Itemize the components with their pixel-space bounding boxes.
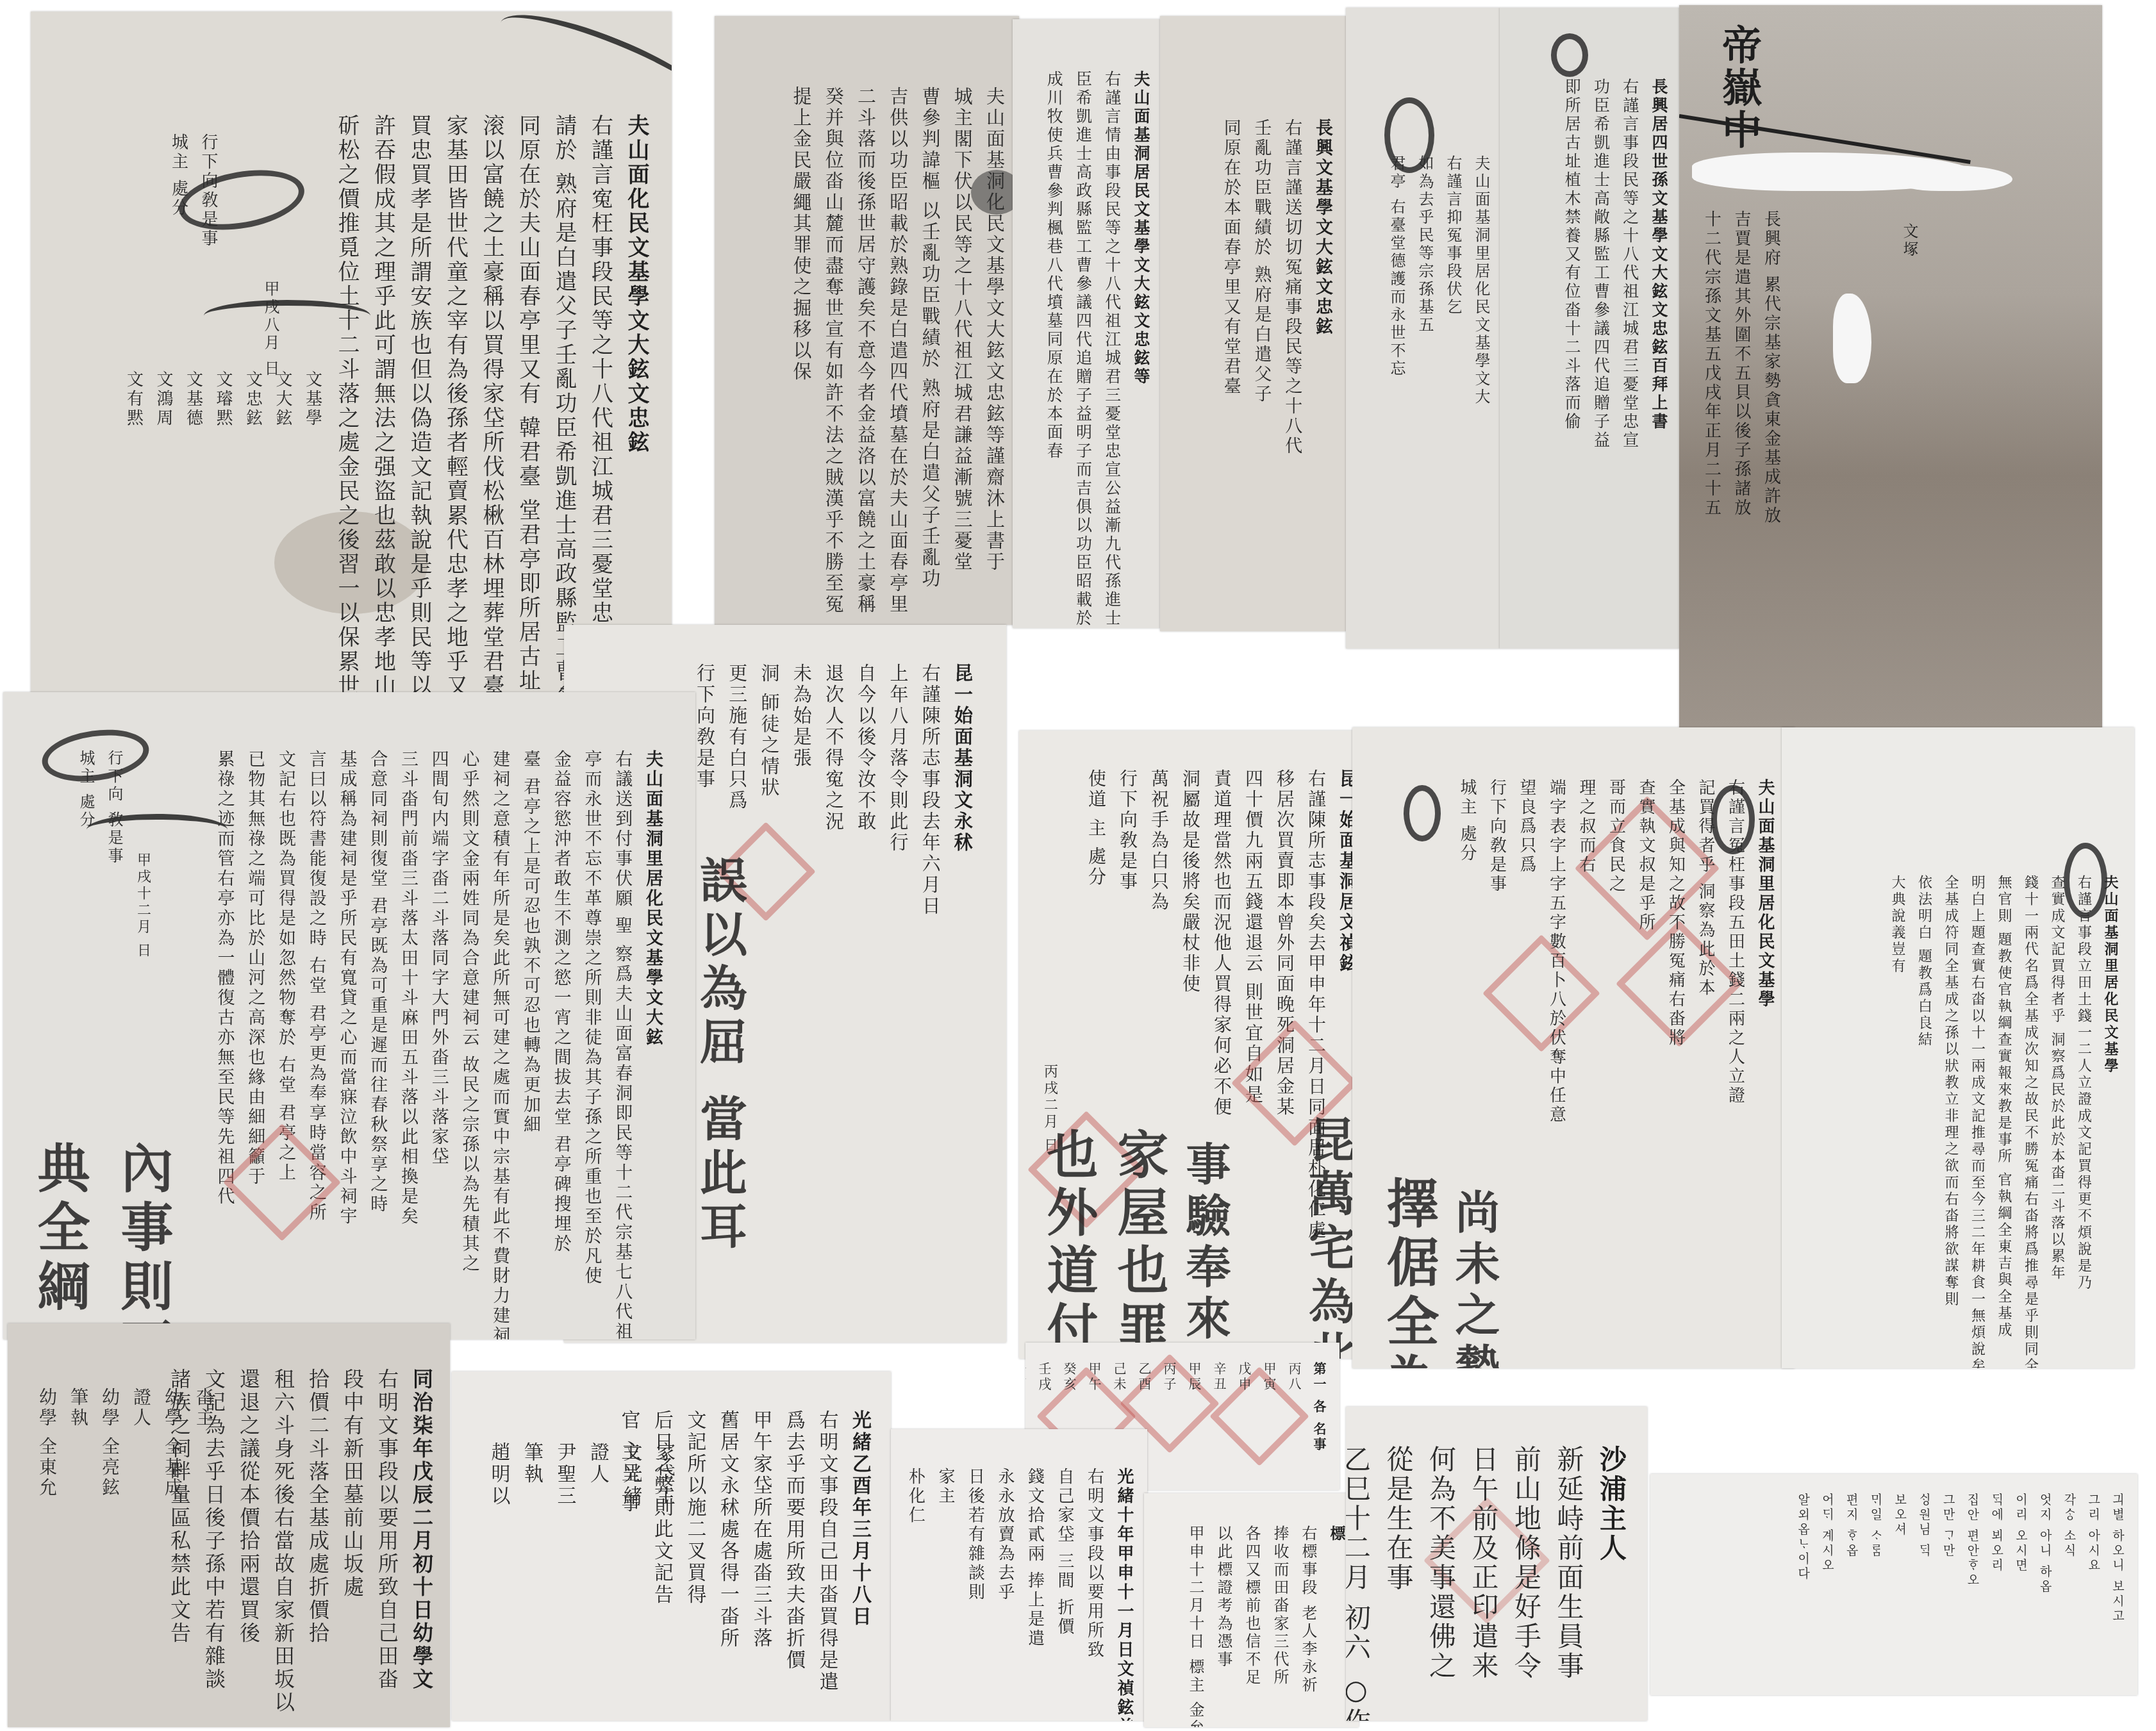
signatory-list: 文基學 文大鉉 文忠鉉 文璿黙 文基德 文鴻周 文有黙 — [114, 370, 323, 537]
receipt-date: 甲申十二月十日 標主 金允乘 — [1186, 1525, 1205, 1711]
petition-line: 右謹陳所志事段去年六月日 — [919, 663, 942, 1112]
petition-line: 錢十一兩代名爲全基成次知之故民不勝冤痛右畓將爲推尋是乎則同全基成 — [2021, 875, 2039, 1336]
petition-line: 右謹言事段民等之十八代祖江城君三憂堂忠宣 — [1620, 78, 1640, 629]
petition-line: 心乎然則文金兩姓同為合意建祠云 故民之宗孫以為先積其之 — [458, 750, 480, 1275]
deed-line: 右明文事段以要用所致自己田畓 — [374, 1368, 400, 1714]
map-label: 十二代宗孫文基五戊戌年正月二十五 — [1701, 210, 1722, 646]
signatory-list: 家垈主 文光緒 證人 尹聖三 筆執 趙明以 — [477, 1442, 676, 1647]
document-petition-4: 長興文基學文大鉉文忠鉉 右謹言謹送切切冤痛事段民等之十八代 壬亂功臣戰績於 熟府… — [1160, 16, 1346, 631]
receipt-line: 各四又標前也信不足 — [1242, 1525, 1261, 1711]
deed-heading: 同治柒年戊辰二月初十日幼學文 — [409, 1368, 435, 1714]
letter-line: ᄉᆡᆼ원님 ᄃᆡᆨ — [1916, 1493, 1931, 1685]
official-ruling-brush: 擇倨全為 — [1372, 1176, 1447, 1368]
petition-line: 右謹言事段立田土錢一二人立證成文記買得更不煩說是乃 — [2075, 875, 2093, 1336]
letter-line: 그만 ᄀᆞ만 — [1940, 1493, 1955, 1685]
petition-heading: 夫山面基洞居民文基學文大鉉文忠鉉等 — [1131, 70, 1151, 609]
receipt-heading: 標 — [1327, 1525, 1346, 1711]
petition-line: 建祠之意積有年所是矣此所無可建之處而實中宗基有此不費財力建祠之道 — [489, 750, 511, 1275]
receipt-body: 標 右標事段 老人李永祈 捧收而田畓家三代所 各四又標前也信不足 以此標證考為憑… — [1177, 1525, 1346, 1711]
petition-line: 金益容慾沖者敢生不測之慾一宵之間拔去堂 君亭碑搜埋於 — [550, 750, 572, 1275]
disposition-block: 行下向敎是事 城主 處分 — [159, 133, 219, 300]
document-petition-3: 夫山面基洞居民文基學文大鉉文忠鉉等 右謹言情由事段民等之十八代祖江城君三憂堂忠宣… — [1013, 19, 1160, 628]
petition-line: 如為去乎民等宗孫基五 — [1415, 155, 1434, 629]
petition-line: 大典說義豈有 — [1889, 875, 1907, 1336]
petition-line: 右議送到付事伏願 聖 察爲夫山面富春洞即民等十二代宗基七八代祖 — [611, 750, 633, 1275]
map-label: 長興府 累代宗基家勢貪東金基成許放 — [1761, 210, 1782, 646]
petition-line: 滚以富饒之土豪稱以買得家垈所伐松楸百林埋葬堂君臺碑碣而任意偷 — [478, 114, 506, 691]
petition-line: 右謹言寃枉事段民等之十八代祖江城君三憂堂忠宣公 — [586, 114, 614, 691]
receipt-line: 捧收而田畓家三代所 — [1270, 1525, 1289, 1711]
petition-line: 夫山面基洞化民文基學文大鉉文忠鉉等謹齋沐上書于 — [983, 87, 1006, 599]
petition-line: 買忠買孝是所謂安族也但以偽造文記執說是乎則民等以當時賣買私家 — [406, 114, 433, 691]
deed-line: 爲去乎而要用所致夫畓折價 — [782, 1410, 806, 1705]
petition-heading: 昆一始面基洞文永秫 — [951, 663, 974, 1112]
petition-line: 查實執文叔是乎所 — [1636, 779, 1657, 1266]
petition-line: 同原在於夫山面春亭里又有 韓君臺 堂君亭即所居古址植木禁養 — [514, 114, 542, 691]
letter-line: 어ᄃᆡ 계시오 — [1819, 1493, 1834, 1685]
petition-heading: 夫山面化民文基學文大鉉文忠鉉 — [623, 114, 651, 691]
deed-line: 拾價二斗落全基成處折價拾 — [305, 1368, 331, 1714]
office-text: 城主 處分 — [168, 133, 189, 300]
signatory-name: 趙明以 — [486, 1442, 511, 1647]
petition-line: 記買得者乎 洞察為此於本 — [1695, 779, 1716, 1266]
disposition-block: 行下向 敎是事 城主 處分 — [67, 750, 124, 878]
letter-line: ᄆᆡ일 ᄉᆞᄅᆞᆷ — [1868, 1493, 1883, 1685]
petition-line: 哥而立食民之 — [1605, 779, 1627, 1266]
ledger-heading: 第一 各 名事 — [1311, 1362, 1327, 1484]
petition-line: 明白上題查實右畓以十一兩成文記推尋而至今三二年耕食一無煩說矣 — [1968, 875, 1986, 1336]
document-petition-5: 夫山面基洞里居化民文基學文大 右謹言抑冤事段伏乞 如為去乎民等宗孫基五 君亭 右… — [1346, 8, 1500, 649]
deed-heading: 光緒十年甲申十一月日文禎鉉前明文 — [1114, 1468, 1135, 1711]
signatory-name: 幼學 全亮鉉 — [99, 1387, 121, 1605]
ledger-entry: 丙八 — [1286, 1362, 1302, 1484]
letter-heading: 沙浦主人 — [1595, 1445, 1629, 1708]
letter-line: 각ᄉᆞᆼ 소식 — [2061, 1493, 2077, 1685]
signatory: 文大鉉 — [272, 370, 294, 537]
deed-heading: 光緒乙酉年三月十八日 — [848, 1410, 872, 1705]
letter-line: 편지 ᄒᆞ옵 — [1843, 1493, 1859, 1685]
petition-line: 理之叔而右 — [1576, 779, 1597, 1266]
document-petition-8: 夫山面基洞里居化民文基學文大鉉 右議送到付事伏願 聖 察爲夫山面富春洞即民等十二… — [3, 692, 695, 1339]
letter-line: 何為不美事還佛之 — [1424, 1445, 1458, 1708]
paper-damage — [1897, 165, 2012, 191]
signatory-role: 畓主 — [193, 1387, 215, 1605]
petition-line: 基成稱為建祠是乎所民有寬貸之心而當寐泣飲中斗祠宇 — [336, 750, 358, 1275]
document-petition-11: 夫山面基洞里居化民文基學 右謹言冤枉事段五田土錢二兩之人立證 記買得者乎 洞察為… — [1352, 727, 1795, 1368]
document-petition-1: 夫山面化民文基學文大鉉文忠鉉 右謹言寃枉事段民等之十八代祖江城君三憂堂忠宣公 請… — [31, 12, 672, 716]
date-text: 甲戌十二月 日 — [125, 852, 152, 959]
petition-line: 查實成文記買得者乎 洞察爲民於此於本畓二斗落以累年 — [2048, 875, 2066, 1336]
document-receipt-17: 標 右標事段 老人李永祈 捧收而田畓家三代所 各四又標前也信不足 以此標證考為憑… — [1144, 1493, 1359, 1727]
document-petition-2: 夫山面基洞化民文基學文大鉉文忠鉉等謹齋沐上書于 城主閣下伏以民等之十八代祖江城君… — [715, 16, 1019, 625]
petition-line: 壬亂功臣戰績於 熟府是白遣父子 — [1250, 119, 1272, 606]
petition-line: 癸并與位畓山麓而盡奪世宣有如許不法之賊漢乎不勝至冤 — [822, 87, 845, 599]
petition-line: 成川牧使兵曹參判楓巷八代墳墓同原在於本面春 — [1044, 70, 1064, 609]
deed-line: 永永放賣為去乎 — [995, 1468, 1016, 1711]
official-ruling-brush: 事驗奉來 — [1173, 1141, 1238, 1346]
deed-line: 甲午家垈所在處畓三斗落 — [749, 1410, 773, 1705]
signatory: 文忠鉉 — [242, 370, 263, 537]
petition-line: 上年八月落令則此行 — [886, 663, 909, 1112]
deed-line: 租六斗身死後右當故自家新田坂以 — [270, 1368, 296, 1714]
document-petition-10: 昆一始面基洞居文禎鉉 右謹陳所志事段矣去甲申年十二月日同面居朴化仁處 移居次買賣… — [1019, 731, 1378, 1359]
deed-line: 段中有新田墓前山坂處 — [340, 1368, 365, 1714]
petition-body: 夫山面基洞化民文基學文大鉉文忠鉉等謹齋沐上書于 城主閣下伏以民等之十八代祖江城君… — [781, 87, 1006, 599]
map-title: 帝嶽中 — [1705, 24, 1764, 151]
petition-body: 夫山面基洞居民文基學文大鉉文忠鉉等 右謹言情由事段民等之十八代祖江城君三憂堂忠宣… — [1035, 70, 1151, 609]
deed-line: 右明文事段以要用所致 — [1084, 1468, 1105, 1711]
petition-line: 三斗畓門前畓三斗落太田十斗麻田五斗落以此相換是矣 — [397, 750, 419, 1275]
petition-body: 夫山面基洞里居化民文基學 右謹言事段立田土錢一二人立證成文記買得更不煩說是乃 查… — [1880, 875, 2119, 1336]
letter-line: 보오셔 — [1892, 1493, 1907, 1685]
deed-line: 日後若有雜談則 — [965, 1468, 986, 1711]
ledger-entry: 丙子 — [1161, 1362, 1177, 1484]
petition-heading: 夫山面基洞里居化民文基學文大 — [1472, 155, 1491, 629]
letter-line: 이리 오시면 — [2012, 1493, 2028, 1685]
petition-line: 請於 熟府是白遣父子壬亂功臣希凱進士高政縣監工曹參議 — [551, 114, 578, 691]
petition-line: 斫松之價推覓位土十二斗落之處金民之後習一以保累世忠孝之地千萬祝手望良爲 — [333, 114, 361, 691]
map-labels: 長興府 累代宗基家勢貪東金基成許放 吉賈是遣其外圍不五貝以後子孫諸放 十二代宗孫… — [1692, 210, 1782, 646]
official-ruling-brush: 尚未之勢 — [1442, 1189, 1507, 1368]
document-letter-18: 沙浦主人 新延峙前面生員事 前山地條是好手令 日午前及正印遣来 何為不美事還佛之… — [1346, 1407, 1647, 1721]
petition-line: 無官則 題教使官執綱查實報來教是事所 官執綱全東吉與全基成 — [1995, 875, 2013, 1336]
signatory: 文基學 — [302, 370, 323, 537]
petition-body: 夫山面基洞里居化民文基學文大 右謹言抑冤事段伏乞 如為去乎民等宗孫基五 君亭 右… — [1378, 155, 1491, 629]
petition-line: 四間旬内端字畓二斗落同字大門外畓三斗落家垈 — [427, 750, 449, 1275]
ledger-entry: 甲辰 — [1186, 1362, 1202, 1484]
signatory: 文基德 — [183, 370, 204, 537]
petition-line: 即所居古址植木禁養又有位畓十二斗落而偷 — [1562, 78, 1582, 629]
signatory: 文有黙 — [123, 370, 144, 537]
document-mountain-map: 帝嶽中 長興府 累代宗基家勢貪東金基成許放 吉賈是遣其外圍不五貝以後子孫諸放 十… — [1679, 5, 2102, 729]
petition-line: 臺 君亭之上是可忍也孰不可忍也轉為更加細 — [519, 750, 541, 1275]
signatory-role: 證人 — [586, 1442, 610, 1647]
petition-line: 退次人不得寃之況 — [822, 663, 845, 1112]
signatory-name: 幼學 全基成 — [162, 1387, 184, 1605]
deed-body: 光緒十年甲申十一月日文禎鉉前明文 右明文事段以要用所致 自己家垈 三間 折價 錢… — [896, 1468, 1134, 1711]
ledger-entry: 辛丑 — [1211, 1362, 1227, 1484]
letter-line: 그리 아시요 — [2086, 1493, 2101, 1685]
ledger-entry: 戊申 — [1236, 1362, 1252, 1484]
signatory-role: 家主 — [935, 1468, 956, 1711]
petition-heading: 長興居四世孫文基學文大鉉文忠鉉百拜上書 — [1649, 78, 1669, 629]
petition-line: 依法明白 題教爲白良結 — [1915, 875, 1933, 1336]
letter-line: 집안 편안ᄒᆞ오 — [1964, 1493, 1980, 1685]
petition-line: 君亭 右臺堂德護而永世不忘 — [1387, 155, 1406, 629]
petition-line: 全基成與知之故不勝冤痛右畓將 — [1665, 779, 1686, 1266]
letter-line: 엇지 아니 하옵 — [2037, 1493, 2052, 1685]
paper-damage — [1833, 294, 1871, 383]
official-ruling-brush: 家屋也罪 — [1102, 1128, 1176, 1359]
hwaap-signature-icon — [1404, 785, 1441, 841]
signatory-role: 筆執 — [520, 1442, 544, 1647]
petition-line: 亭而永世不忘不革尊崇之所則非徒為其子孫之所重也至於凡使 — [581, 750, 602, 1275]
petition-line: 右謹言謹送切切冤痛事段民等之十八代 — [1281, 119, 1303, 606]
document-deed-15: 光緒十年甲申十一月日文禎鉉前明文 右明文事段以要用所致 自己家垈 三間 折價 錢… — [891, 1429, 1147, 1721]
petition-line: 同原在於本面春亭里又有堂君臺 — [1220, 119, 1241, 606]
letter-date: 乙巳十二月 初六 ○作 — [1346, 1445, 1372, 1708]
official-ruling-brush: 也外道付價 — [1032, 1128, 1106, 1359]
petition-line: 右謹言抑冤事段伏乞 — [1443, 155, 1463, 629]
document-petition-6: 長興居四世孫文基學文大鉉文忠鉉百拜上書 右謹言事段民等之十八代祖江城君三憂堂忠宣… — [1500, 8, 1679, 649]
official-ruling-brush: 典全綱 — [22, 1141, 97, 1318]
tomb-label: 文塚 — [1891, 223, 1919, 259]
signatory-name: 文光緒 — [618, 1442, 643, 1647]
deed-line: 文記所以施二叉買得 — [683, 1410, 707, 1705]
petition-line: 家基田皆世代童之宰有為後孫者輕賣累代忠孝之地乎又豈有以他人之孫 — [442, 114, 469, 691]
deed-line: 還退之議從本價拾兩還買後 — [236, 1368, 261, 1714]
petition-line: 提上金民嚴繩其罪使之掘移以保 — [790, 87, 813, 599]
petition-line: 自今以後令汝不敢 — [854, 663, 877, 1112]
receipt-line: 以此標證考為憑事 — [1214, 1525, 1233, 1711]
letter-line: 알외옵ᄂᆞ이다 — [1795, 1493, 1811, 1685]
letter-line: 긔별 하오니 보시고 — [2109, 1493, 2125, 1685]
signatory-name: 幼學 全東允 — [36, 1387, 58, 1605]
disposition-text: 行下向敎是事 — [198, 133, 219, 300]
petition-heading: 夫山面基洞里居化民文基學文大鉉 — [642, 750, 663, 1275]
letter-line: 日午前及正印遣来 — [1466, 1445, 1500, 1708]
petition-line: 望良爲只爲 — [1516, 779, 1538, 1266]
letter-body: 沙浦主人 新延峙前面生員事 前山地條是好手令 日午前及正印遣来 何為不美事還佛之… — [1346, 1445, 1628, 1708]
petition-body: 夫山面化民文基學文大鉉文忠鉉 右謹言寃枉事段民等之十八代祖江城君三憂堂忠宣公 請… — [324, 114, 651, 691]
petition-line: 全基成符同全基成之孫以狀教立非理之欲而右畓將欲謀奪則 — [1942, 875, 1960, 1336]
petition-line: 端字表字上字五字數百卜八於伏奪中任意 — [1546, 779, 1567, 1266]
signatory-name: 尹聖三 — [552, 1442, 577, 1647]
ledger-entry: 甲寅 — [1261, 1362, 1277, 1484]
hwaap-signature-icon — [1551, 33, 1588, 77]
letter-line: 前山地條是好手令 — [1509, 1445, 1543, 1708]
receipt-line: 右標事段 老人李永祈 — [1298, 1525, 1318, 1711]
deed-line: 右明文事段自己田畓買得是遣 — [815, 1410, 839, 1705]
petition-line: 四十價九兩五錢還退云 則世宜自如是 — [1242, 769, 1265, 1243]
petition-body: 長興文基學文大鉉文忠鉉 右謹言謹送切切冤痛事段民等之十八代 壬亂功臣戰績於 熟府… — [1211, 119, 1333, 606]
signatory-role: 證人 — [130, 1387, 153, 1605]
petition-body: 長興居四世孫文基學文大鉉文忠鉉百拜上書 右謹言事段民等之十八代祖江城君三憂堂忠宣… — [1553, 78, 1669, 629]
official-ruling-brush: 誤以為屈 當此耳 — [686, 856, 754, 1255]
petition-line: 功臣希凱進士高敞縣監工曹參議四代追贈子益 — [1591, 78, 1611, 629]
document-hangul-letter-19: 긔별 하오니 보시고 그리 아시요 각ᄉᆞᆼ 소식 엇지 아니 하옵 이리 오시… — [1650, 1474, 2137, 1695]
petition-heading: 長興文基學文大鉉文忠鉉 — [1311, 119, 1333, 606]
petition-line: 移居次買賣即本曾外同面晚死洞居金某 — [1273, 769, 1296, 1243]
petition-heading: 夫山面基洞里居化民文基學 — [1755, 779, 1776, 1266]
signatory-list: 畓主 幼學 全基成 證人 幼學 全亮鉉 筆執 幼學 全東允 — [27, 1387, 215, 1605]
petition-line: 吉供以功臣昭載於熟錄是白遣四代墳墓在於夫山面春亭里 — [886, 87, 909, 599]
deed-line: 自己家垈 三間 折價 — [1054, 1468, 1075, 1711]
petition-line: 臣希凱進士高政縣監工曹參議四代追贈子益明子而吉俱以功臣昭載於熟錄是乎 — [1073, 70, 1093, 609]
petition-line: 曹參判諱樞 以壬亂功臣戰績於 熟府是白遣父子壬亂功 — [918, 87, 941, 599]
map-label: 吉賈是遣其外圍不五貝以後子孫諸放 — [1731, 210, 1752, 646]
petition-line: 城主閣下伏以民等之十八代祖江城君謙益漸號三憂堂 — [951, 87, 974, 599]
letter-line: 新延峙前面生員事 — [1552, 1445, 1586, 1708]
letter-body: 긔별 하오니 보시고 그리 아시요 각ᄉᆞᆼ 소식 엇지 아니 하옵 이리 오시… — [1786, 1493, 2125, 1685]
petition-line: 合意同祠則復堂 君亭既為可重是遲而往春秋祭享之時 — [367, 750, 388, 1275]
document-deed-13: 同治柒年戊辰二月初十日幼學文 右明文事段以要用所致自己田畓 段中有新田墓前山坂處… — [8, 1323, 450, 1727]
signatory-role: 筆執 — [67, 1387, 90, 1605]
petition-heading: 夫山面基洞里居化民文基學 — [2102, 875, 2119, 1336]
signatory-name: 朴化仁 — [905, 1468, 926, 1711]
letter-line: 從是生在事 — [1381, 1445, 1415, 1708]
document-petition-12: 夫山面基洞里居化民文基學 右謹言事段立田土錢一二人立證成文記買得更不煩說是乃 查… — [1782, 727, 2134, 1368]
deed-line: 錢文拾貳兩 捧上是遣 — [1024, 1468, 1045, 1711]
petition-line: 累祿之迹而管右亭亦為一體復古亦無至民等先祖四代 — [213, 750, 235, 1275]
signatory: 文鴻周 — [153, 370, 174, 537]
petition-line: 許吞假成其之理乎此可謂無法之强盜也茲敢以忠孝地山圖帖連齊籲于 — [369, 114, 397, 691]
official-ruling-brush: 內事則更可查 — [106, 1141, 181, 1339]
petition-line: 右謹言情由事段民等之十八代祖江城君三憂堂忠宣公益漸九代孫進士龍潭縣令 — [1102, 70, 1122, 609]
document-deed-14: 光緒乙酉年三月十八日 右明文事段自己田畓買得是遣 爲去乎而要用所致夫畓折價 甲午… — [452, 1371, 891, 1721]
signatory: 文璿黙 — [213, 370, 234, 537]
petition-line: 二斗落而後孫世居守護矣不意今者金益洛以富饒之土豪稱 — [854, 87, 877, 599]
letter-line: ᄃᆡᆨ에 뵈오리 — [1989, 1493, 2004, 1685]
signatory-role: 家垈主 — [652, 1442, 676, 1647]
petition-line: 右謹言冤枉事段五田土錢二兩之人立證 — [1725, 779, 1746, 1266]
deed-line: 舊居文永秫處各得一畓所 — [716, 1410, 740, 1705]
